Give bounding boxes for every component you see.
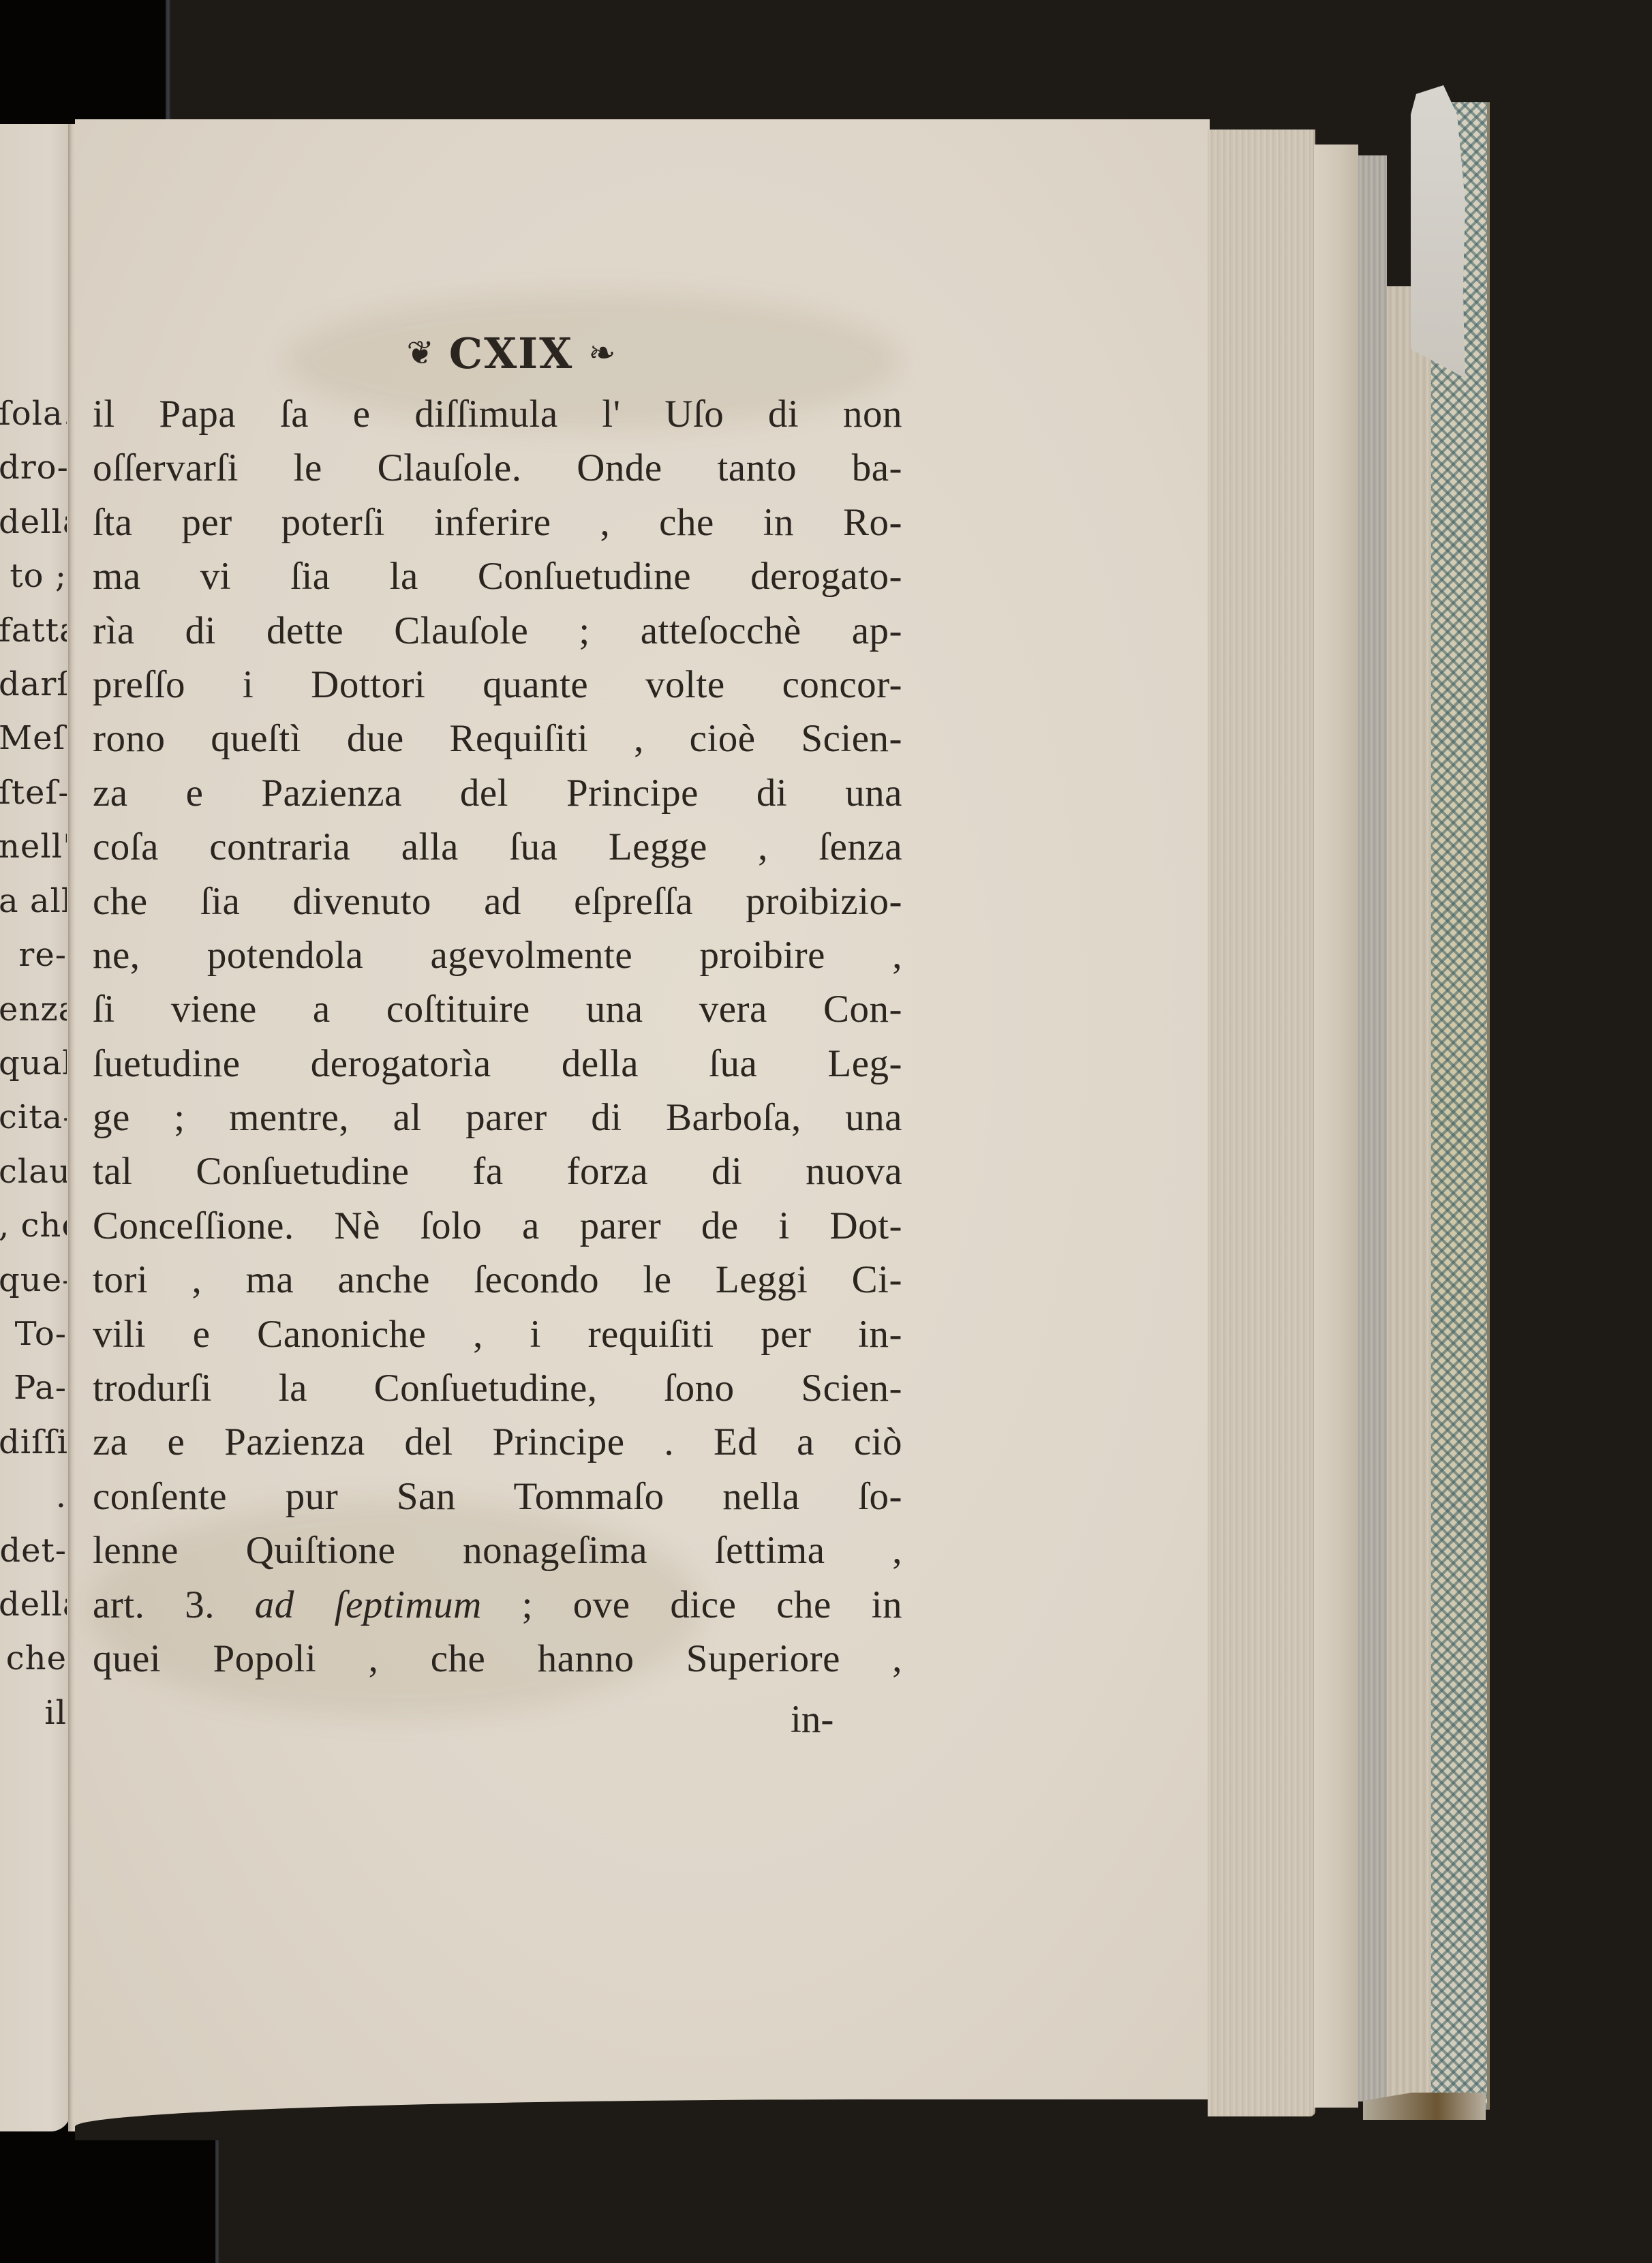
citation-suffix: ; ove dice che in [482,1583,902,1626]
text-line: conſente pur San Tommaſo nella ſo- [93,1470,902,1523]
fore-edge-pages [1208,130,1315,2116]
left-fragment: To- [0,1307,67,1361]
left-fragment: quals [0,1037,67,1091]
left-fragment: re- [0,928,67,982]
book-cover-patterned-edge [1431,102,1490,2110]
fore-edge-pages-shadow [1358,155,1387,2101]
text-line: preſſo i Dottori quante volte concor- [93,658,902,712]
left-fragment: Meſ- [0,712,67,765]
left-fragment: enza [0,983,67,1037]
text-line: ge ; mentre, al parer di Barboſa, una [93,1091,902,1144]
left-fragment: clau- [0,1145,67,1199]
text-line: rono queſtì due Requiſiti , cioè Scien- [93,712,902,765]
left-fragment: darſ [0,658,67,712]
left-fragment: ſteſ- [0,766,67,820]
citation-prefix: art. 3. [93,1583,255,1626]
left-fragment: a all' [0,875,67,928]
text-line: coſa contraria alla ſua Legge , ſenza [93,820,902,874]
citation-italic: ad ſeptimum [255,1583,482,1626]
page-number: CXIX [449,329,574,378]
fleuron-right-icon: ❧ [588,337,615,369]
text-line: lenne Quiſtione nonageſima ſettima , [93,1523,902,1577]
text-line: Conceſſione. Nè ſolo a parer de i Dot- [93,1199,902,1253]
catchword: in- [791,1692,833,1746]
left-fragment: to ; [0,549,67,603]
text-line: vili e Canoniche , i requiſiti per in- [93,1307,902,1361]
left-fragment: che [0,1632,67,1686]
text-line: trodurſi la Conſuetudine, ſono Scien- [93,1361,902,1415]
left-fragment: cita- [0,1091,67,1144]
text-line: tal Conſuetudine fa forza di nuova [93,1144,902,1198]
fore-edge-pages-rear [1387,286,1435,2113]
left-fragment: ſola. [0,387,67,441]
text-line: il Papa ſa e diſſimula l' Uſo di non [93,387,902,441]
text-line: oſſervarſi le Clauſole. Onde tanto ba- [93,441,902,495]
text-line: rìa di dette Clauſole ; atteſocchè ap- [93,604,902,658]
left-fragment: della [0,496,67,549]
text-line: ſuetudine derogatorìa della ſua Leg- [93,1037,902,1091]
text-line: tori , ma anche ſecondo le Leggi Ci- [93,1253,902,1307]
text-line: ſta per poterſi inferire , che in Ro- [93,496,902,549]
text-line: che ſia divenuto ad eſpreſſa proibizio- [93,875,902,928]
left-fragment: Pa- [0,1361,67,1415]
left-fragment: , che [0,1199,67,1253]
background-seam-bottom [215,2133,219,2263]
text-line-with-citation: art. 3. ad ſeptimum ; ove dice che in [93,1578,902,1632]
left-fragment: della [0,1578,67,1632]
torn-flyleaf [1411,85,1465,378]
text-line: za e Pazienza del Principe di una [93,766,902,820]
fore-edge-pages-back [1314,145,1358,2108]
text-line: ſi viene a coſtituire una vera Con- [93,982,902,1036]
left-fragment: fatta [0,604,67,658]
left-fragment: que- [0,1254,67,1307]
text-line: ma vi ſia la Conſuetudine derogato- [93,549,902,603]
body-text: il Papa ſa e diſſimula l' Uſo di non oſſ… [93,387,902,1686]
left-fragment: il [0,1686,67,1740]
text-line: ne, potendola agevolmente proibire , [93,928,902,982]
fleuron-left-icon: ❦ [407,337,434,369]
left-fragment: dro- [0,441,67,495]
left-fragment: . [0,1470,67,1523]
left-page: ſola. dro- della to ; fatta darſ Meſ- ſt… [0,124,71,2131]
text-line: quei Popoli , che hanno Superiore , [93,1632,902,1686]
left-fragment: diſſi- [0,1416,67,1470]
left-fragment: nell' [0,820,67,874]
text-line: za e Pazienza del Principe . Ed a ciò [93,1415,902,1469]
running-head: ❦ CXIX ❧ [320,326,702,380]
left-fragment: det- [0,1524,67,1578]
